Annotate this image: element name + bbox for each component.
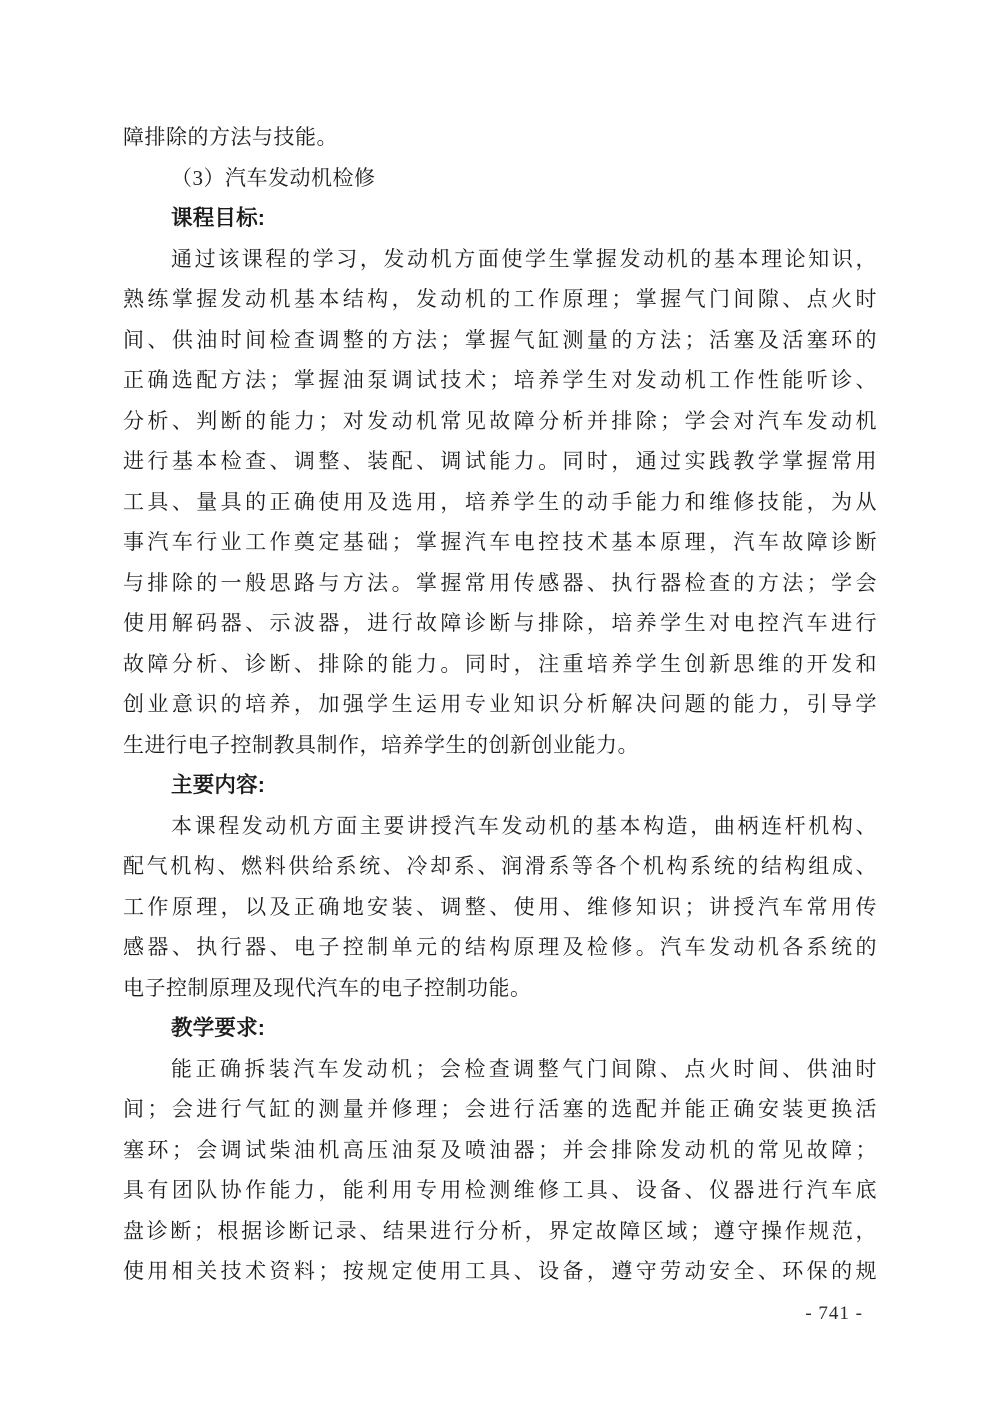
text-line: 正确选配方法；掌握油泵调试技术；培养学生对发动机工作性能听诊、 xyxy=(123,360,877,401)
text-line: 故障分析、诊断、排除的能力。同时，注重培养学生创新思维的开发和 xyxy=(123,644,877,685)
teaching-requirements-heading: 教学要求: xyxy=(123,1008,877,1049)
course-objectives-heading: 课程目标: xyxy=(123,198,877,239)
text-line: 间、供油时间检查调整的方法；掌握气缸测量的方法；活塞及活塞环的 xyxy=(123,320,877,361)
text-line: 与排除的一般思路与方法。掌握常用传感器、执行器检查的方法；学会 xyxy=(123,563,877,604)
document-page: 障排除的方法与技能。 （3）汽车发动机检修 课程目标: 通过该课程的学习，发动机… xyxy=(0,0,1000,1414)
text-line: 障排除的方法与技能。 xyxy=(123,117,877,158)
text-line: 感器、执行器、电子控制单元的结构原理及检修。汽车发动机各系统的 xyxy=(123,927,877,968)
text-line: 具有团队协作能力，能利用专用检测维修工具、设备、仪器进行汽车底 xyxy=(123,1170,877,1211)
text-line: 能正确拆装汽车发动机；会检查调整气门间隙、点火时间、供油时 xyxy=(123,1049,877,1090)
item-3-heading: （3）汽车发动机检修 xyxy=(123,158,877,199)
text-line: 工具、量具的正确使用及选用，培养学生的动手能力和维修技能，为从 xyxy=(123,482,877,523)
text-line: 工作原理，以及正确地安装、调整、使用、维修知识；讲授汽车常用传 xyxy=(123,887,877,928)
text-line: 熟练掌握发动机基本结构，发动机的工作原理；掌握气门间隙、点火时 xyxy=(123,279,877,320)
text-line: 事汽车行业工作奠定基础；掌握汽车电控技术基本原理，汽车故障诊断 xyxy=(123,522,877,563)
text-line: 分析、判断的能力；对发动机常见故障分析并排除；学会对汽车发动机 xyxy=(123,401,877,442)
main-content-heading: 主要内容: xyxy=(123,765,877,806)
text-line: 生进行电子控制教具制作，培养学生的创新创业能力。 xyxy=(123,725,877,766)
text-line: 通过该课程的学习，发动机方面使学生掌握发动机的基本理论知识， xyxy=(123,239,877,280)
text-line: 进行基本检查、调整、装配、调试能力。同时，通过实践教学掌握常用 xyxy=(123,441,877,482)
text-line: 创业意识的培养，加强学生运用专业知识分析解决问题的能力，引导学 xyxy=(123,684,877,725)
text-line: 本课程发动机方面主要讲授汽车发动机的基本构造，曲柄连杆机构、 xyxy=(123,806,877,847)
text-line: 配气机构、燃料供给系统、冷却系、润滑系等各个机构系统的结构组成、 xyxy=(123,846,877,887)
page-number: - 741 - xyxy=(123,1299,877,1329)
text-column: 障排除的方法与技能。 （3）汽车发动机检修 课程目标: 通过该课程的学习，发动机… xyxy=(123,117,877,1329)
text-line: 塞环；会调试柴油机高压油泵及喷油器；并会排除发动机的常见故障； xyxy=(123,1130,877,1171)
text-line: 电子控制原理及现代汽车的电子控制功能。 xyxy=(123,968,877,1009)
text-line: 盘诊断；根据诊断记录、结果进行分析，界定故障区域；遵守操作规范， xyxy=(123,1211,877,1252)
text-line: 间；会进行气缸的测量并修理；会进行活塞的选配并能正确安装更换活 xyxy=(123,1089,877,1130)
text-line: 使用相关技术资料；按规定使用工具、设备，遵守劳动安全、环保的规 xyxy=(123,1251,877,1292)
text-line: 使用解码器、示波器，进行故障诊断与排除，培养学生对电控汽车进行 xyxy=(123,603,877,644)
